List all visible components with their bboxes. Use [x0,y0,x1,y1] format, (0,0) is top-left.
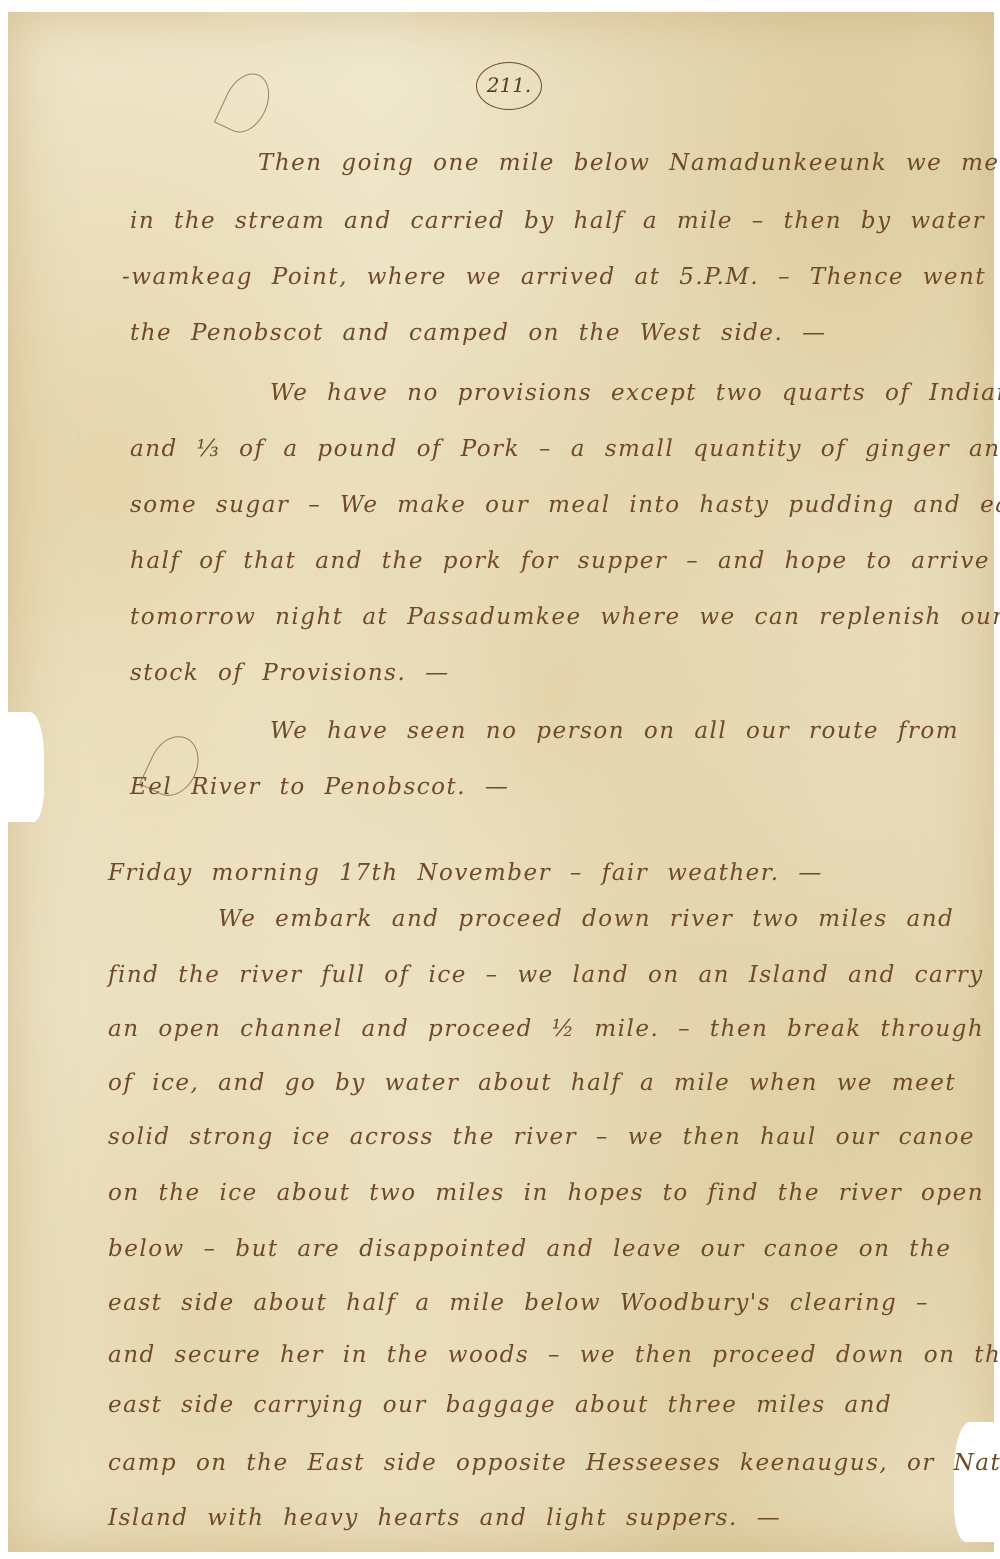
manuscript-line: solid strong ice across the river – we t… [108,1124,975,1150]
manuscript-line: We have seen no person on all our route … [270,718,959,744]
manuscript-line: Friday morning 17th November – fair weat… [108,860,823,886]
page-number: 211. [476,62,542,110]
manuscript-line: We embark and proceed down river two mil… [218,906,954,932]
manuscript-line: some sugar – We make our meal into hasty… [130,492,1000,518]
manuscript-line: Island with heavy hearts and light suppe… [108,1505,781,1531]
manuscript-line: camp on the East side opposite Hesseeses… [108,1450,1000,1476]
manuscript-line: tomorrow night at Passadumkee where we c… [130,604,1000,630]
manuscript-line: in the stream and carried by half a mile… [130,208,1000,234]
manuscript-line: east side about half a mile below Woodbu… [108,1290,929,1316]
manuscript-line: find the river full of ice – we land on … [108,962,1000,988]
manuscript-line: Eel River to Penobscot. — [130,774,509,800]
manuscript-line: We have no provisions except two quarts … [270,380,1000,406]
manuscript-line: an open channel and proceed ½ mile. – th… [108,1016,1000,1042]
manuscript-line: on the ice about two miles in hopes to f… [108,1180,984,1206]
torn-edge-right [954,1422,994,1542]
manuscript-line: east side carrying our baggage about thr… [108,1392,892,1418]
manuscript-line: half of that and the pork for supper – a… [130,548,990,574]
manuscript-line: -wamkeag Point, where we arrived at 5.P.… [122,264,1000,290]
manuscript-line: Then going one mile below Namadunkeeunk … [258,150,1000,176]
torn-edge-left [8,712,44,822]
manuscript-line: of ice, and go by water about half a mil… [108,1070,956,1096]
manuscript-line: below – but are disappointed and leave o… [108,1236,951,1262]
manuscript-line: stock of Provisions. — [130,660,450,686]
manuscript-line: the Penobscot and camped on the West sid… [130,320,827,346]
manuscript-line: and secure her in the woods – we then pr… [108,1342,1000,1368]
manuscript-line: and ⅓ of a pound of Pork – a small quant… [130,436,1000,462]
